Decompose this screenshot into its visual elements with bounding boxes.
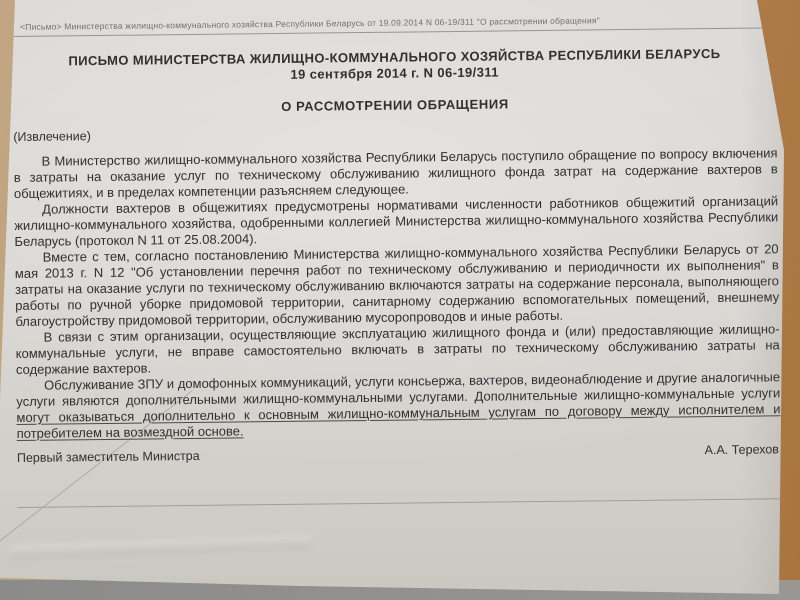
paper-sheet: <Письмо> Министерства жилищно-коммунальн…: [0, 0, 800, 600]
paragraph: Обслуживание ЗПУ и домофонных коммуникац…: [16, 369, 781, 442]
paper-crease: [10, 535, 310, 559]
paragraph: Вместе с тем, согласно постановлению Мин…: [15, 241, 780, 330]
paragraph: Должности вахтеров в общежитиях предусмо…: [14, 193, 778, 250]
signature-name: А.А. Терехов: [705, 442, 779, 457]
document-body: В Министерство жилищно-коммунального хоз…: [13, 145, 780, 442]
footer-divider: [18, 498, 782, 508]
extract-note: (Извлечение): [13, 121, 777, 144]
paragraph-text: Должности вахтеров в общежитиях предусмо…: [14, 193, 778, 249]
paragraph-text: В Министерство жилищно-коммунального хоз…: [14, 145, 778, 201]
paragraph-text: Вместе с тем, согласно постановлению Мин…: [15, 241, 779, 329]
paragraph-text: В связи с этим организации, осуществляющ…: [16, 321, 780, 377]
document-title-block: ПИСЬМО МИНИСТЕРСТВА ЖИЛИЩНО-КОММУНАЛЬНОГ…: [12, 45, 776, 86]
signature-position: Первый заместитель Министра: [17, 449, 200, 465]
paragraph: В связи с этим организации, осуществляющ…: [15, 321, 779, 378]
paragraph: В Министерство жилищно-коммунального хоз…: [13, 145, 777, 202]
document-content: <Письмо> Министерства жилищно-коммунальн…: [12, 13, 782, 516]
photo-of-document: { "document": { "header_line": "<Письмо>…: [0, 0, 800, 600]
document-subject: О РАССМОТРЕНИИ ОБРАЩЕНИЯ: [13, 93, 777, 117]
signature-row: Первый заместитель Министра А.А. Терехов: [17, 442, 781, 465]
